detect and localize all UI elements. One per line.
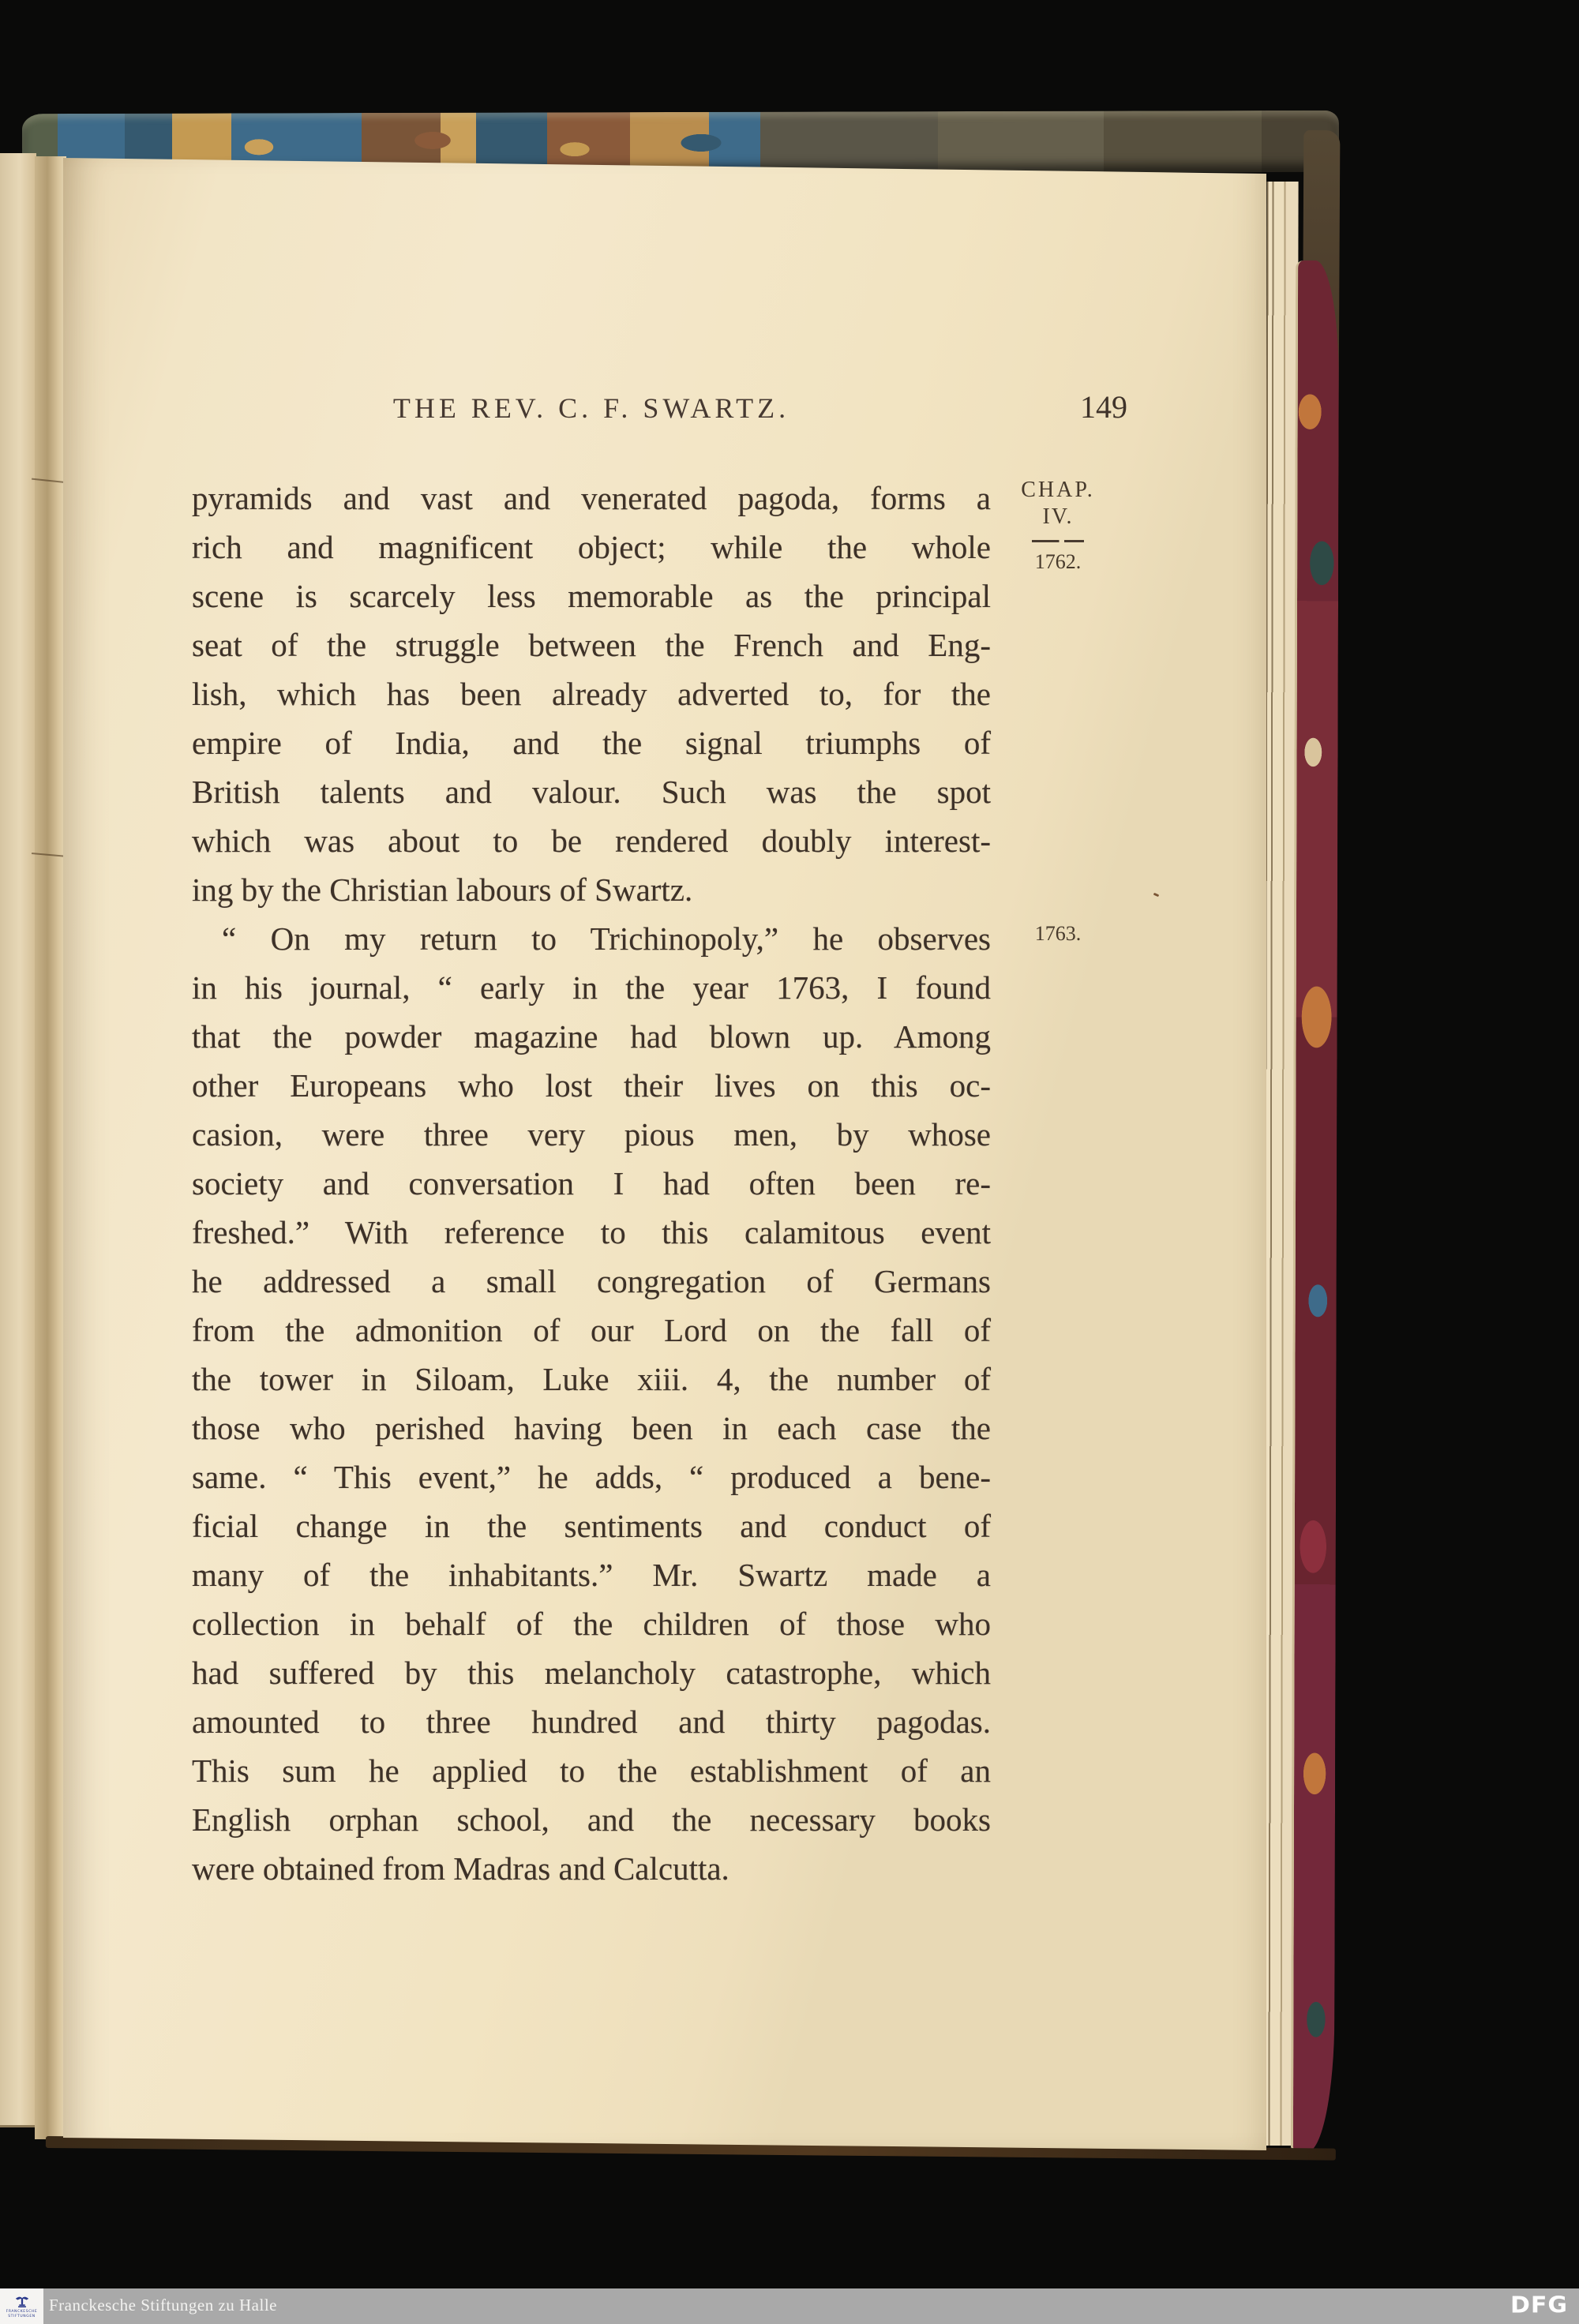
body-line: pyramids and vast and venerated pagoda, … <box>192 474 991 523</box>
body-line: had suffered by this melancholy catastro… <box>192 1648 991 1697</box>
scan-background: THE REV. C. F. SWARTZ. 149 CHAP. IV. 176… <box>0 0 1579 2324</box>
body-line: the tower in Siloam, Luke xiii. 4, the n… <box>192 1355 991 1404</box>
chapter-number: IV. <box>1003 504 1113 530</box>
body-text: pyramids and vast and venerated pagoda, … <box>192 474 991 1893</box>
body-line: English orphan school, and the necessary… <box>192 1795 991 1844</box>
body-line: casion, were three very pious men, by wh… <box>192 1110 991 1159</box>
chapter-rule <box>1032 540 1084 542</box>
body-line: amounted to three hundred and thirty pag… <box>192 1697 991 1746</box>
body-line: lish, which has been already adverted to… <box>192 669 991 718</box>
body-line: which was about to be rendered doubly in… <box>192 816 991 865</box>
running-title: THE REV. C. F. SWARTZ. <box>192 392 991 425</box>
book-page: THE REV. C. F. SWARTZ. 149 CHAP. IV. 176… <box>63 155 1266 2152</box>
institution-logo-box: FRANCKESCHE STIFTUNGEN <box>0 2288 43 2324</box>
body-line: collection in behalf of the children of … <box>192 1599 991 1648</box>
institution-name: Franckesche Stiftungen zu Halle <box>49 2296 277 2315</box>
page-number: 149 <box>1080 388 1127 425</box>
body-line: that the powder magazine had blown up. A… <box>192 1012 991 1061</box>
institution-logo-text-2: STIFTUNGEN <box>8 2315 36 2318</box>
body-line: same. “ This event,” he adds, “ produced… <box>192 1452 991 1501</box>
marbled-fore-edge <box>1291 261 1339 2152</box>
body-line: he addressed a small congregation of Ger… <box>192 1257 991 1306</box>
body-line: “ On my return to Trichinopoly,” he obse… <box>192 914 991 963</box>
margin-year-1763: 1763. <box>1003 922 1113 946</box>
body-line: society and conversation I had often bee… <box>192 1159 991 1208</box>
body-line: rich and magnificent object; while the w… <box>192 523 991 572</box>
body-line: many of the inhabitants.” Mr. Swartz mad… <box>192 1550 991 1599</box>
margin-year-1762: 1762. <box>1003 550 1113 574</box>
body-line: ing by the Christian labours of Swartz. <box>192 865 991 914</box>
body-line: other Europeans who lost their lives on … <box>192 1061 991 1110</box>
body-line: were obtained from Madras and Calcutta. <box>192 1844 991 1893</box>
body-line: ficial change in the sentiments and cond… <box>192 1501 991 1550</box>
body-line: empire of India, and the signal triumphs… <box>192 718 991 767</box>
book-gutter <box>35 156 66 2139</box>
facing-page-edge <box>0 153 36 2127</box>
ink-speck <box>1153 893 1160 898</box>
body-line: those who perished having been in each c… <box>192 1404 991 1452</box>
franckesche-stiftungen-eagle-icon <box>14 2295 30 2309</box>
body-line: scene is scarcely less memorable as the … <box>192 572 991 620</box>
chapter-label: CHAP. <box>1003 477 1113 504</box>
body-line: freshed.” With reference to this calamit… <box>192 1208 991 1257</box>
body-line: in his journal, “ early in the year 1763… <box>192 963 991 1012</box>
dfg-logo: DFG <box>1510 2292 1568 2318</box>
institution-logo-text-1: FRANCKESCHE <box>6 2310 38 2314</box>
body-line: from the admonition of our Lord on the f… <box>192 1306 991 1355</box>
body-line: seat of the struggle between the French … <box>192 620 991 669</box>
chapter-margin-note: CHAP. IV. 1762. <box>1003 477 1113 574</box>
body-line: British talents and valour. Such was the… <box>192 767 991 816</box>
body-line: This sum he applied to the establishment… <box>192 1746 991 1795</box>
